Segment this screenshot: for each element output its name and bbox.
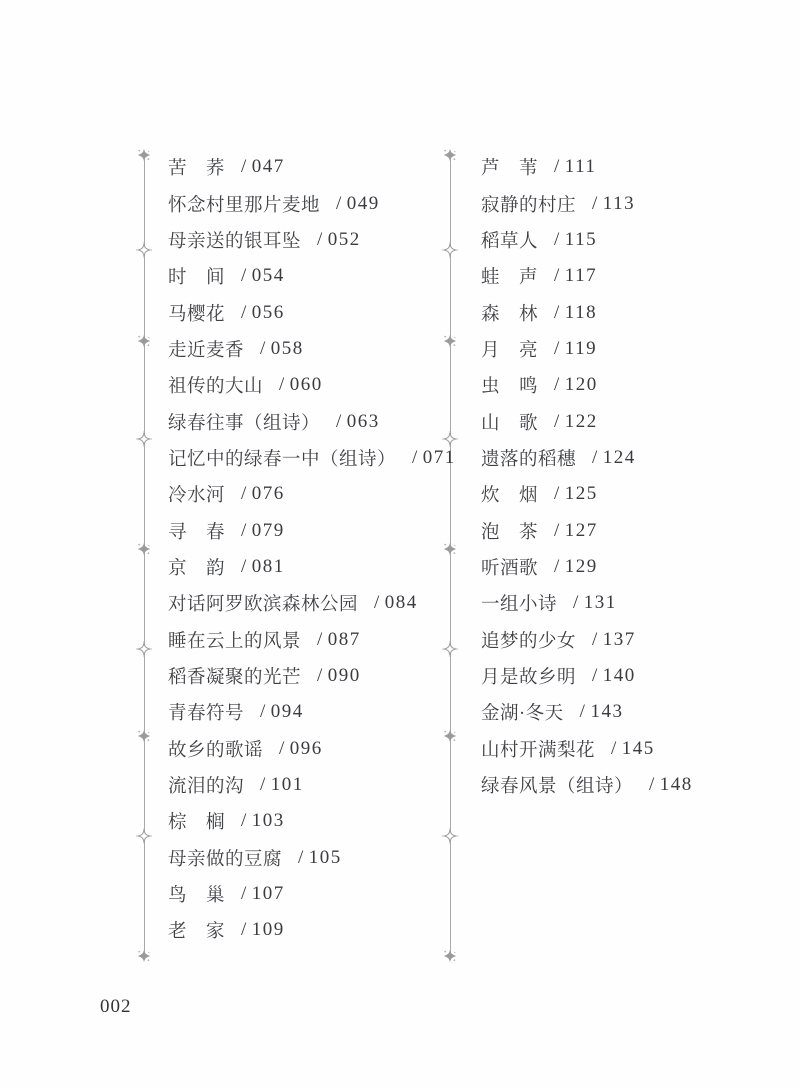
page-separator: /	[554, 156, 561, 177]
entry-page-number: 087	[328, 629, 361, 650]
diamond-star-icon	[136, 641, 152, 657]
entry-title: 祖传的大山	[168, 372, 263, 398]
toc-entry: 苦 荞/047	[168, 149, 478, 185]
page-separator: /	[554, 374, 561, 395]
entry-title: 炊 烟	[481, 481, 538, 507]
toc-entry: 马樱花/056	[168, 294, 478, 330]
toc-entry: 听酒歌/129	[481, 549, 791, 585]
page-separator: /	[260, 774, 267, 795]
page-separator: /	[317, 629, 324, 650]
toc-entry: 怀念村里那片麦地/049	[168, 185, 478, 221]
entry-title: 流泪的沟	[168, 772, 244, 798]
toc-entry: 寻 春/079	[168, 512, 478, 548]
entry-page-number: 124	[603, 447, 636, 468]
page-separator: /	[580, 701, 587, 722]
toc-entry: 绿春风景（组诗）/148	[481, 767, 791, 803]
toc-entry: 一组小诗/131	[481, 585, 791, 621]
entry-page-number: 049	[347, 193, 380, 214]
entry-page-ref: /049	[336, 193, 380, 215]
entry-title: 老 家	[168, 917, 225, 943]
page-separator: /	[241, 883, 248, 904]
entry-page-ref: /115	[554, 229, 597, 251]
page-separator: /	[554, 302, 561, 323]
entry-title: 马樱花	[168, 300, 225, 326]
entry-title: 月是故乡明	[481, 663, 576, 689]
entry-page-ref: /131	[573, 592, 617, 614]
toc-entry: 月是故乡明/140	[481, 658, 791, 694]
entry-title: 母亲做的豆腐	[168, 845, 282, 871]
toc-entry: 走近麦香/058	[168, 331, 478, 367]
entry-page-number: 111	[565, 156, 597, 177]
page-separator: /	[241, 156, 248, 177]
page-separator: /	[260, 338, 267, 359]
toc-entry: 冷水河/076	[168, 476, 478, 512]
entry-page-number: 115	[565, 229, 597, 250]
entry-page-ref: /079	[241, 520, 285, 542]
page-separator: /	[554, 520, 561, 541]
entry-page-number: 129	[565, 556, 598, 577]
entry-page-ref: /076	[241, 483, 285, 505]
entry-title: 青春符号	[168, 699, 244, 725]
sparkle-icon	[136, 728, 152, 744]
page-separator: /	[592, 447, 599, 468]
entry-page-ref: /113	[592, 193, 635, 215]
entry-page-number: 127	[565, 520, 598, 541]
entry-title: 时 间	[168, 263, 225, 289]
toc-entry: 青春符号/094	[168, 694, 478, 730]
entry-page-ref: /047	[241, 156, 285, 178]
toc-entry: 祖传的大山/060	[168, 367, 478, 403]
entry-page-ref: /096	[279, 738, 323, 760]
entry-page-ref: /119	[554, 338, 597, 360]
entry-page-ref: /081	[241, 556, 285, 578]
entry-title: 记忆中的绿春一中（组诗）	[168, 445, 396, 471]
entry-title: 母亲送的银耳坠	[168, 227, 301, 253]
sparkle-icon	[136, 147, 152, 163]
toc-entry: 故乡的歌谣/096	[168, 731, 478, 767]
entry-page-number: 119	[565, 338, 597, 359]
entry-page-number: 096	[290, 738, 323, 759]
entry-page-ref: /127	[554, 520, 598, 542]
toc-entry: 鸟 巢/107	[168, 876, 478, 912]
toc-entry: 山 歌/122	[481, 403, 791, 439]
page-separator: /	[279, 738, 286, 759]
entry-title: 芦 苇	[481, 154, 538, 180]
page-separator: /	[241, 810, 248, 831]
entry-page-number: 079	[252, 520, 285, 541]
entry-page-number: 122	[565, 411, 598, 432]
entry-title: 听酒歌	[481, 554, 538, 580]
page-separator: /	[554, 556, 561, 577]
entry-page-ref: /107	[241, 883, 285, 905]
decorative-rail-left	[136, 150, 152, 962]
page-separator: /	[592, 193, 599, 214]
page-separator: /	[317, 229, 324, 250]
page-separator: /	[336, 193, 343, 214]
sparkle-icon	[136, 541, 152, 557]
entry-title: 金湖·冬天	[481, 699, 564, 725]
entry-page-number: 094	[271, 701, 304, 722]
entry-title: 走近麦香	[168, 336, 244, 362]
page-separator: /	[260, 701, 267, 722]
entry-page-ref: /111	[554, 156, 596, 178]
entry-page-ref: /054	[241, 265, 285, 287]
sparkle-icon	[136, 948, 152, 964]
entry-title: 月 亮	[481, 336, 538, 362]
entry-page-number: 060	[290, 374, 323, 395]
entry-page-number: 140	[603, 665, 636, 686]
sparkle-icon	[136, 333, 152, 349]
entry-page-number: 081	[252, 556, 285, 577]
entry-title: 蛙 声	[481, 263, 538, 289]
entry-page-number: 117	[565, 265, 597, 286]
page-separator: /	[592, 629, 599, 650]
entry-page-number: 056	[252, 302, 285, 323]
page-separator: /	[554, 411, 561, 432]
entry-page-number: 052	[328, 229, 361, 250]
entry-page-number: 058	[271, 338, 304, 359]
entry-page-ref: /090	[317, 665, 361, 687]
toc-entry: 流泪的沟/101	[168, 767, 478, 803]
toc-entry: 对话阿罗欧滨森林公园/084	[168, 585, 478, 621]
entry-title: 寻 春	[168, 518, 225, 544]
page-separator: /	[241, 265, 248, 286]
entry-page-ref: /129	[554, 556, 598, 578]
folio-page-number: 002	[100, 996, 132, 1018]
toc-entry: 金湖·冬天/143	[481, 694, 791, 730]
entry-title: 冷水河	[168, 481, 225, 507]
page-separator: /	[649, 774, 656, 795]
entry-title: 山村开满梨花	[481, 736, 595, 762]
entry-page-number: 118	[565, 302, 597, 323]
entry-title: 追梦的少女	[481, 627, 576, 653]
entry-page-number: 105	[309, 847, 342, 868]
entry-page-ref: /087	[317, 629, 361, 651]
toc-entry: 稻香凝聚的光芒/090	[168, 658, 478, 694]
toc-entry: 山村开满梨花/145	[481, 731, 791, 767]
entry-page-ref: /052	[317, 229, 361, 251]
toc-entry: 蛙 声/117	[481, 258, 791, 294]
entry-page-number: 109	[252, 919, 285, 940]
entry-page-ref: /140	[592, 665, 636, 687]
entry-title: 虫 鸣	[481, 372, 538, 398]
diamond-star-icon	[136, 242, 152, 258]
entry-page-ref: /103	[241, 810, 285, 832]
entry-page-ref: /148	[649, 774, 693, 796]
entry-page-number: 103	[252, 810, 285, 831]
toc-entry: 追梦的少女/137	[481, 621, 791, 657]
page-separator: /	[412, 447, 419, 468]
entry-page-ref: /056	[241, 302, 285, 324]
entry-title: 苦 荞	[168, 154, 225, 180]
entry-page-ref: /124	[592, 447, 636, 469]
page-separator: /	[611, 738, 618, 759]
toc-entry: 炊 烟/125	[481, 476, 791, 512]
entry-page-ref: /125	[554, 483, 598, 505]
entry-page-ref: /109	[241, 919, 285, 941]
entry-page-number: 131	[584, 592, 617, 613]
page-separator: /	[336, 411, 343, 432]
page-separator: /	[573, 592, 580, 613]
toc-entry: 芦 苇/111	[481, 149, 791, 185]
entry-page-ref: /071	[412, 447, 456, 469]
entry-page-number: 101	[271, 774, 304, 795]
entry-page-ref: /120	[554, 374, 598, 396]
entry-title: 寂静的村庄	[481, 191, 576, 217]
toc-page: 苦 荞/047怀念村里那片麦地/049母亲送的银耳坠/052时 间/054马樱花…	[0, 0, 799, 1088]
entry-page-number: 125	[565, 483, 598, 504]
page-separator: /	[241, 520, 248, 541]
entry-title: 故乡的歌谣	[168, 736, 263, 762]
page-separator: /	[241, 556, 248, 577]
entry-title: 山 歌	[481, 409, 538, 435]
page-separator: /	[374, 592, 381, 613]
entry-title: 棕 榈	[168, 808, 225, 834]
entry-page-number: 076	[252, 483, 285, 504]
toc-entry: 母亲做的豆腐/105	[168, 840, 478, 876]
entry-title: 睡在云上的风景	[168, 627, 301, 653]
entry-page-number: 084	[385, 592, 418, 613]
page-separator: /	[241, 483, 248, 504]
page-separator: /	[554, 229, 561, 250]
entry-page-number: 113	[603, 193, 635, 214]
entry-title: 稻香凝聚的光芒	[168, 663, 301, 689]
toc-entry: 森 林/118	[481, 294, 791, 330]
entry-title: 鸟 巢	[168, 881, 225, 907]
page-separator: /	[241, 302, 248, 323]
entry-page-ref: /118	[554, 302, 597, 324]
entry-page-number: 047	[252, 156, 285, 177]
entry-page-ref: /122	[554, 411, 598, 433]
entry-page-number: 063	[347, 411, 380, 432]
page-separator: /	[241, 919, 248, 940]
page-separator: /	[279, 374, 286, 395]
page-separator: /	[554, 338, 561, 359]
entry-page-ref: /058	[260, 338, 304, 360]
entry-page-number: 107	[252, 883, 285, 904]
entry-page-number: 137	[603, 629, 636, 650]
entry-title: 稻草人	[481, 227, 538, 253]
page-separator: /	[554, 483, 561, 504]
entry-page-ref: /105	[298, 847, 342, 869]
toc-column-right: 芦 苇/111寂静的村庄/113稻草人/115蛙 声/117森 林/118月 亮…	[481, 149, 791, 803]
toc-entry: 虫 鸣/120	[481, 367, 791, 403]
entry-title: 绿春风景（组诗）	[481, 772, 633, 798]
entry-page-number: 145	[622, 738, 655, 759]
page-separator: /	[298, 847, 305, 868]
entry-page-ref: /084	[374, 592, 418, 614]
sparkle-icon	[442, 948, 458, 964]
entry-page-number: 090	[328, 665, 361, 686]
toc-entry: 睡在云上的风景/087	[168, 621, 478, 657]
diamond-star-icon	[136, 828, 152, 844]
toc-entry: 母亲送的银耳坠/052	[168, 222, 478, 258]
toc-entry: 记忆中的绿春一中（组诗）/071	[168, 440, 478, 476]
toc-entry: 月 亮/119	[481, 331, 791, 367]
entry-title: 森 林	[481, 300, 538, 326]
entry-title: 一组小诗	[481, 590, 557, 616]
entry-page-ref: /137	[592, 629, 636, 651]
toc-entry: 京 韵/081	[168, 549, 478, 585]
entry-page-ref: /094	[260, 701, 304, 723]
toc-entry: 稻草人/115	[481, 222, 791, 258]
diamond-star-icon	[136, 431, 152, 447]
entry-title: 怀念村里那片麦地	[168, 191, 320, 217]
page-separator: /	[554, 265, 561, 286]
entry-page-number: 071	[423, 447, 456, 468]
entry-title: 遗落的稻穗	[481, 445, 576, 471]
toc-entry: 时 间/054	[168, 258, 478, 294]
entry-page-number: 148	[660, 774, 693, 795]
toc-entry: 寂静的村庄/113	[481, 185, 791, 221]
entry-page-number: 120	[565, 374, 598, 395]
entry-title: 京 韵	[168, 554, 225, 580]
entry-page-ref: /101	[260, 774, 304, 796]
toc-entry: 绿春往事（组诗）/063	[168, 403, 478, 439]
toc-entry: 老 家/109	[168, 912, 478, 948]
page-separator: /	[317, 665, 324, 686]
page-separator: /	[592, 665, 599, 686]
entry-page-ref: /145	[611, 738, 655, 760]
entry-title: 对话阿罗欧滨森林公园	[168, 590, 358, 616]
entry-page-ref: /117	[554, 265, 597, 287]
entry-title: 泡 茶	[481, 518, 538, 544]
toc-entry: 遗落的稻穗/124	[481, 440, 791, 476]
entry-title: 绿春往事（组诗）	[168, 409, 320, 435]
entry-page-ref: /063	[336, 411, 380, 433]
toc-column-left: 苦 荞/047怀念村里那片麦地/049母亲送的银耳坠/052时 间/054马樱花…	[168, 149, 478, 949]
toc-entry: 棕 榈/103	[168, 803, 478, 839]
toc-entry: 泡 茶/127	[481, 512, 791, 548]
entry-page-ref: /060	[279, 374, 323, 396]
entry-page-number: 143	[590, 701, 623, 722]
entry-page-number: 054	[252, 265, 285, 286]
entry-page-ref: /143	[580, 701, 624, 723]
